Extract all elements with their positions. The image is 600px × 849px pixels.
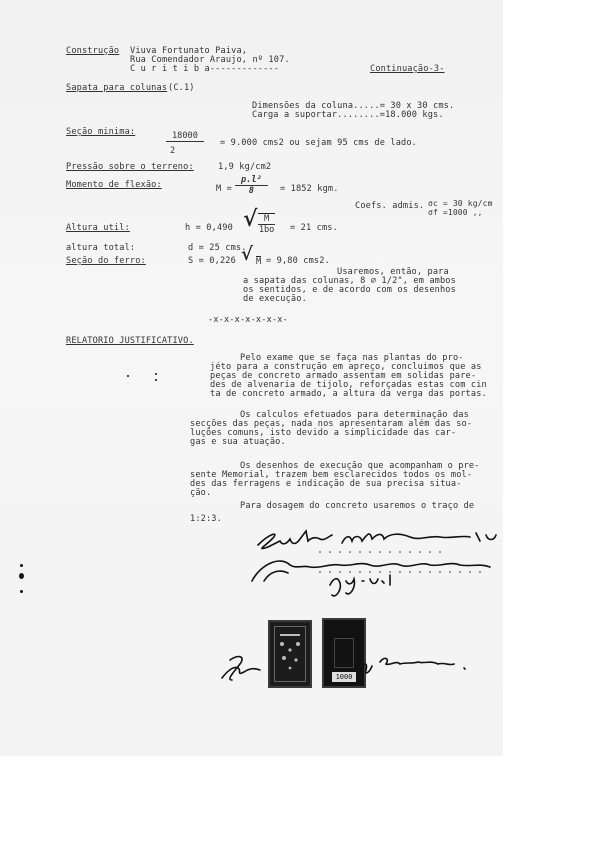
continuation-label: Continuação-3- — [370, 64, 445, 74]
ferro-result: = 9,80 cms2. — [266, 256, 330, 266]
sqrt-symbol: √ — [243, 206, 257, 232]
ferro-radicand: M — [256, 256, 261, 267]
svg-text:Curitiba, 14 de Dezembro-1936: Curitiba, 14 de Dezembro-1936 — [250, 525, 505, 529]
stray-mark — [127, 375, 129, 377]
secao-numerator: 18000 — [166, 131, 204, 142]
pressao-value: 1,9 kg/cm2 — [218, 162, 271, 172]
document-page: Construção Viuva Fortunato Paiva, Rua Co… — [0, 0, 503, 756]
altura-util-lhs: h = 0,490 — [185, 223, 233, 233]
para4-line-2: 1:2:3. — [190, 514, 222, 524]
handwritten-signature: Curitiba, 14 de Dezembro-1936 — [250, 525, 505, 605]
ferro-label: Seção do ferro: — [66, 256, 146, 266]
para3-line-3: des das ferragens e indicação de sua pre… — [190, 479, 462, 489]
coef-steel: σf =1000 ,, — [428, 208, 483, 218]
conclusion-line-4: de execução. — [243, 294, 307, 304]
para3-line-4: ção. — [190, 488, 211, 498]
punch-mark — [20, 564, 23, 567]
sqrt-symbol: √ — [241, 244, 253, 265]
altura-util-result: = 21 cms. — [290, 223, 338, 233]
ferro-lhs: S = 0,226 — [188, 256, 236, 266]
secao-result: = 9.000 cms2 ou sejam 95 cms de lado. — [220, 138, 417, 148]
momento-numerator: p.l² — [235, 175, 268, 186]
para1-line-5: ta de concreto armado, a altura da verga… — [210, 389, 487, 399]
handwritten-signature-over-stamps — [218, 640, 478, 685]
momento-result: = 1852 kgm. — [280, 184, 339, 194]
report-title: RELATORIO JUSTIFICATIVO. — [66, 336, 194, 346]
secao-label: Seção minima: — [66, 127, 135, 137]
header-label: Construção — [66, 46, 119, 56]
section-title: Sapata para colunas — [66, 83, 167, 93]
para4-line-1: Para dosagem do concreto usaremos o traç… — [240, 501, 474, 511]
momento-denominator: 8 — [235, 186, 268, 196]
punch-mark — [20, 590, 23, 593]
punch-mark — [19, 573, 24, 579]
altura-util-numerator: M — [258, 213, 275, 225]
secao-denominator: 2 — [166, 146, 204, 156]
altura-util-label: Altura util: — [66, 223, 130, 233]
stray-mark — [155, 379, 157, 381]
altura-total-label: altura total: — [66, 243, 135, 253]
spec-load: Carga a suportar........=18.000 kgs. — [252, 110, 444, 120]
header-city: C u r i t i b a------------- — [130, 64, 279, 74]
altura-total-value: d = 25 cms. — [188, 243, 247, 253]
separator: -x-x-x-x-x-x-x- — [208, 315, 288, 325]
stray-mark — [155, 373, 157, 375]
momento-lhs: M = — [216, 184, 232, 194]
momento-label: Momento de flexão: — [66, 180, 162, 190]
altura-util-denominator: 1bo — [258, 225, 275, 235]
para2-line-4: gas e sua atuação. — [190, 437, 286, 447]
altura-util-fraction: M 1bo — [258, 213, 275, 235]
section-ref: (C.1) — [168, 83, 195, 93]
coef-label: Coefs. admis. — [355, 201, 424, 211]
momento-fraction: p.l² 8 — [235, 175, 268, 196]
secao-fraction: 18000 2 — [166, 131, 204, 156]
pressao-label: Pressão sobre o terreno: — [66, 162, 194, 172]
